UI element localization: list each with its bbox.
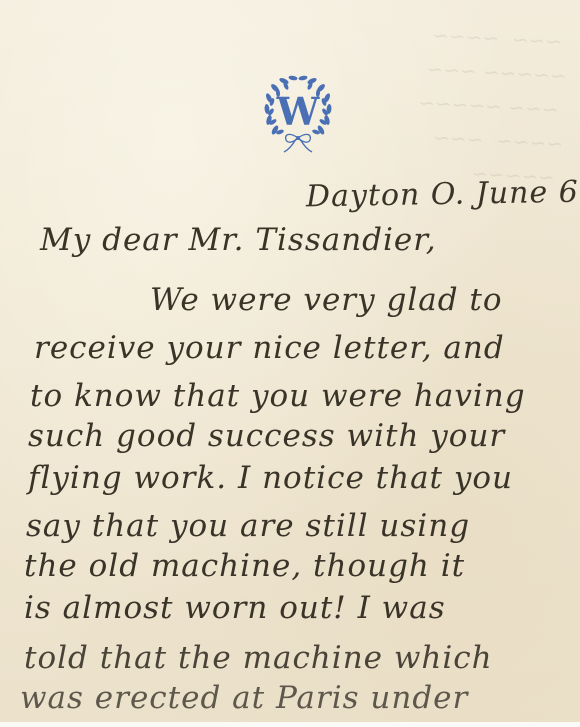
body-line: to know that you were having — [30, 378, 526, 414]
body-line: receive your nice letter, and — [34, 330, 505, 366]
body-line: was erected at Paris under — [20, 680, 468, 716]
body-line: We were very glad to — [150, 282, 503, 318]
body-line: say that you are still using — [26, 508, 470, 544]
page-bottom-edge — [0, 722, 580, 727]
letter-page: ~~~ ~~~~ ~~~~~ ~~~ ~~~ ~~~~~ ~~~~ ~~~ ~~… — [0, 0, 580, 722]
body-line: the old machine, though it — [24, 548, 465, 584]
svg-text:W: W — [276, 89, 321, 134]
body-line: is almost worn out! I was — [24, 590, 446, 626]
body-line: flying work. I notice that you — [28, 460, 513, 496]
body-line: such good success with your — [28, 418, 505, 454]
laurel-wreath-monogram-icon: W — [258, 70, 338, 160]
body-line: told that the machine which — [24, 640, 493, 676]
dateline: Dayton O. June 6 — [306, 175, 579, 215]
salutation: My dear Mr. Tissandier, — [40, 222, 437, 258]
